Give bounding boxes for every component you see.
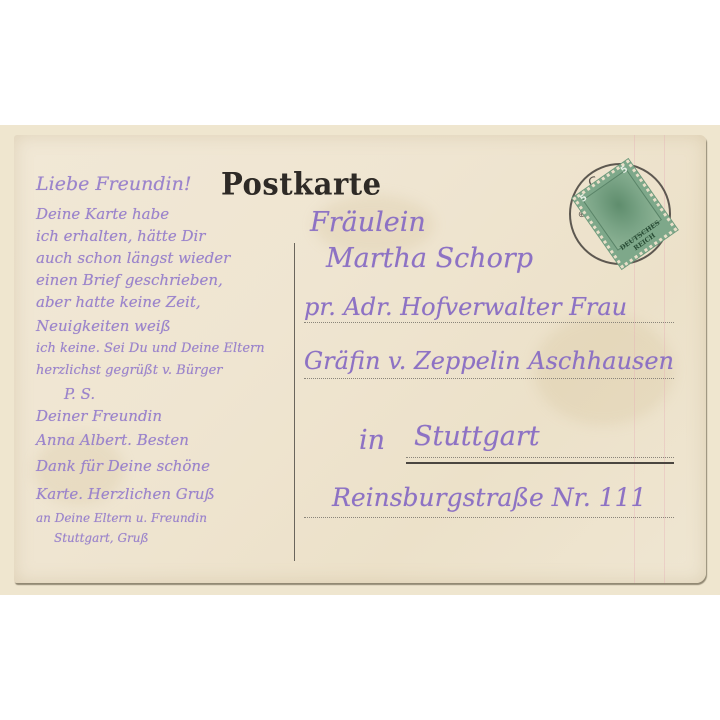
stamp-area: C ⊕ 5 5 DEUTSCHES REICH — [569, 153, 679, 263]
address-line-rule — [304, 517, 674, 518]
message-line: Deine Karte habe — [36, 205, 169, 223]
address-line-4: Gräfin v. Zeppelin Aschhausen — [304, 347, 674, 375]
address-line-rule — [406, 457, 674, 458]
message-line: Deiner Freundin — [36, 407, 162, 425]
address-line-2: Martha Schorp — [326, 243, 533, 274]
postcard-title: Postkarte — [221, 166, 382, 202]
message-line: aber hatte keine Zeit, — [36, 293, 201, 311]
message-line: ich erhalten, hätte Dir — [36, 227, 205, 245]
city-underline — [406, 462, 674, 464]
address-line-in: in — [359, 425, 385, 456]
message-line: Stuttgart, Gruß — [54, 531, 149, 545]
message-line: Karte. Herzlichen Gruß — [36, 485, 215, 503]
address-line-1: Fräulein — [310, 207, 426, 238]
message-line: ich keine. Sei Du und Deine Eltern — [36, 341, 265, 356]
message-line: Neuigkeiten weiß — [36, 317, 171, 335]
message-line: Liebe Freundin! — [36, 173, 191, 195]
address-line-rule — [304, 378, 674, 379]
address-line-rule — [304, 322, 674, 323]
vertical-divider — [294, 243, 295, 561]
address-city: Stuttgart — [414, 421, 540, 452]
message-line: herzlichst gegrüßt v. Bürger — [36, 363, 223, 378]
address-street: Reinsburgstraße Nr. 111 — [332, 483, 646, 512]
message-line: auch schon längst wieder — [36, 249, 230, 267]
message-line: Anna Albert. Besten — [36, 431, 189, 449]
message-line: einen Brief geschrieben, — [36, 271, 223, 289]
message-line: P. S. — [64, 385, 95, 403]
address-line-3: pr. Adr. Hofverwalter Frau — [304, 293, 627, 321]
message-line: an Deine Eltern u. Freundin — [36, 511, 207, 525]
message-line: Dank für Deine schöne — [36, 457, 210, 475]
postcard: Postkarte C ⊕ 5 5 DEUTSCHES REICH Fräule… — [14, 135, 706, 583]
